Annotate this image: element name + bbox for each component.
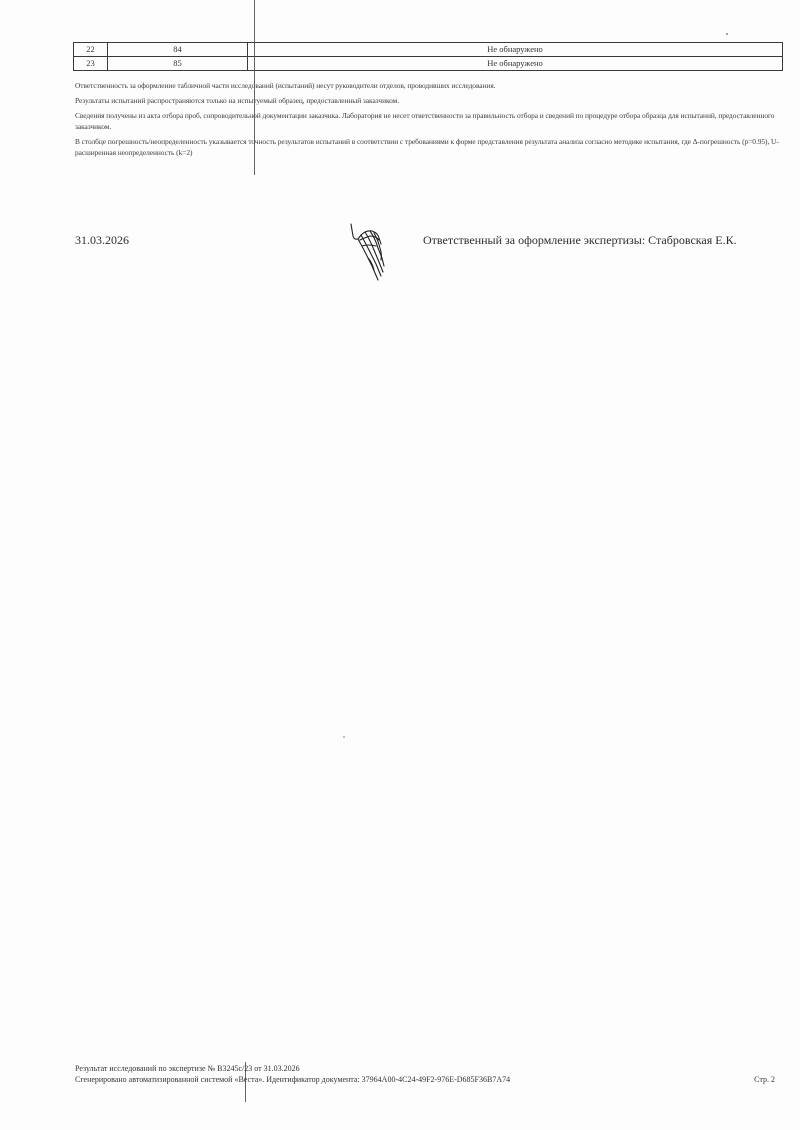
notes-section: Ответственность за оформление табличной … <box>75 80 790 158</box>
results-table: 22 84 Не обнаружено 23 85 Не обнаружено <box>73 42 783 71</box>
scan-fold-line <box>254 0 255 175</box>
row-number: 22 <box>74 43 108 57</box>
row-number: 23 <box>74 57 108 71</box>
footer-expertise-ref: Результат исследований по экспертизе № В… <box>75 1064 787 1075</box>
result-value: Не обнаружено <box>248 43 783 57</box>
responsible-person: Ответственный за оформление экспертизы: … <box>423 233 737 248</box>
scan-speck <box>343 736 345 738</box>
note-responsibility: Ответственность за оформление табличной … <box>75 80 790 91</box>
document-page: 22 84 Не обнаружено 23 85 Не обнаружено … <box>0 0 800 1130</box>
page-footer: Результат исследований по экспертизе № В… <box>75 1064 787 1085</box>
page-number: Стр. 2 <box>754 1075 775 1086</box>
scan-speck <box>726 33 728 35</box>
handwritten-signature <box>348 222 392 284</box>
table-row: 22 84 Не обнаружено <box>74 43 783 57</box>
result-value: Не обнаружено <box>248 57 783 71</box>
sample-code: 85 <box>108 57 248 71</box>
sample-code: 84 <box>108 43 248 57</box>
note-uncertainty: В столбце погрешность/неопределенность у… <box>75 136 790 158</box>
note-scope: Результаты испытаний распространяются то… <box>75 95 790 106</box>
footer-document-id: Сгенерировано автоматизированной системо… <box>75 1075 787 1086</box>
table-row: 23 85 Не обнаружено <box>74 57 783 71</box>
note-sampling: Сведения получены из акта отбора проб, с… <box>75 110 790 132</box>
signature-date: 31.03.2026 <box>75 233 129 248</box>
